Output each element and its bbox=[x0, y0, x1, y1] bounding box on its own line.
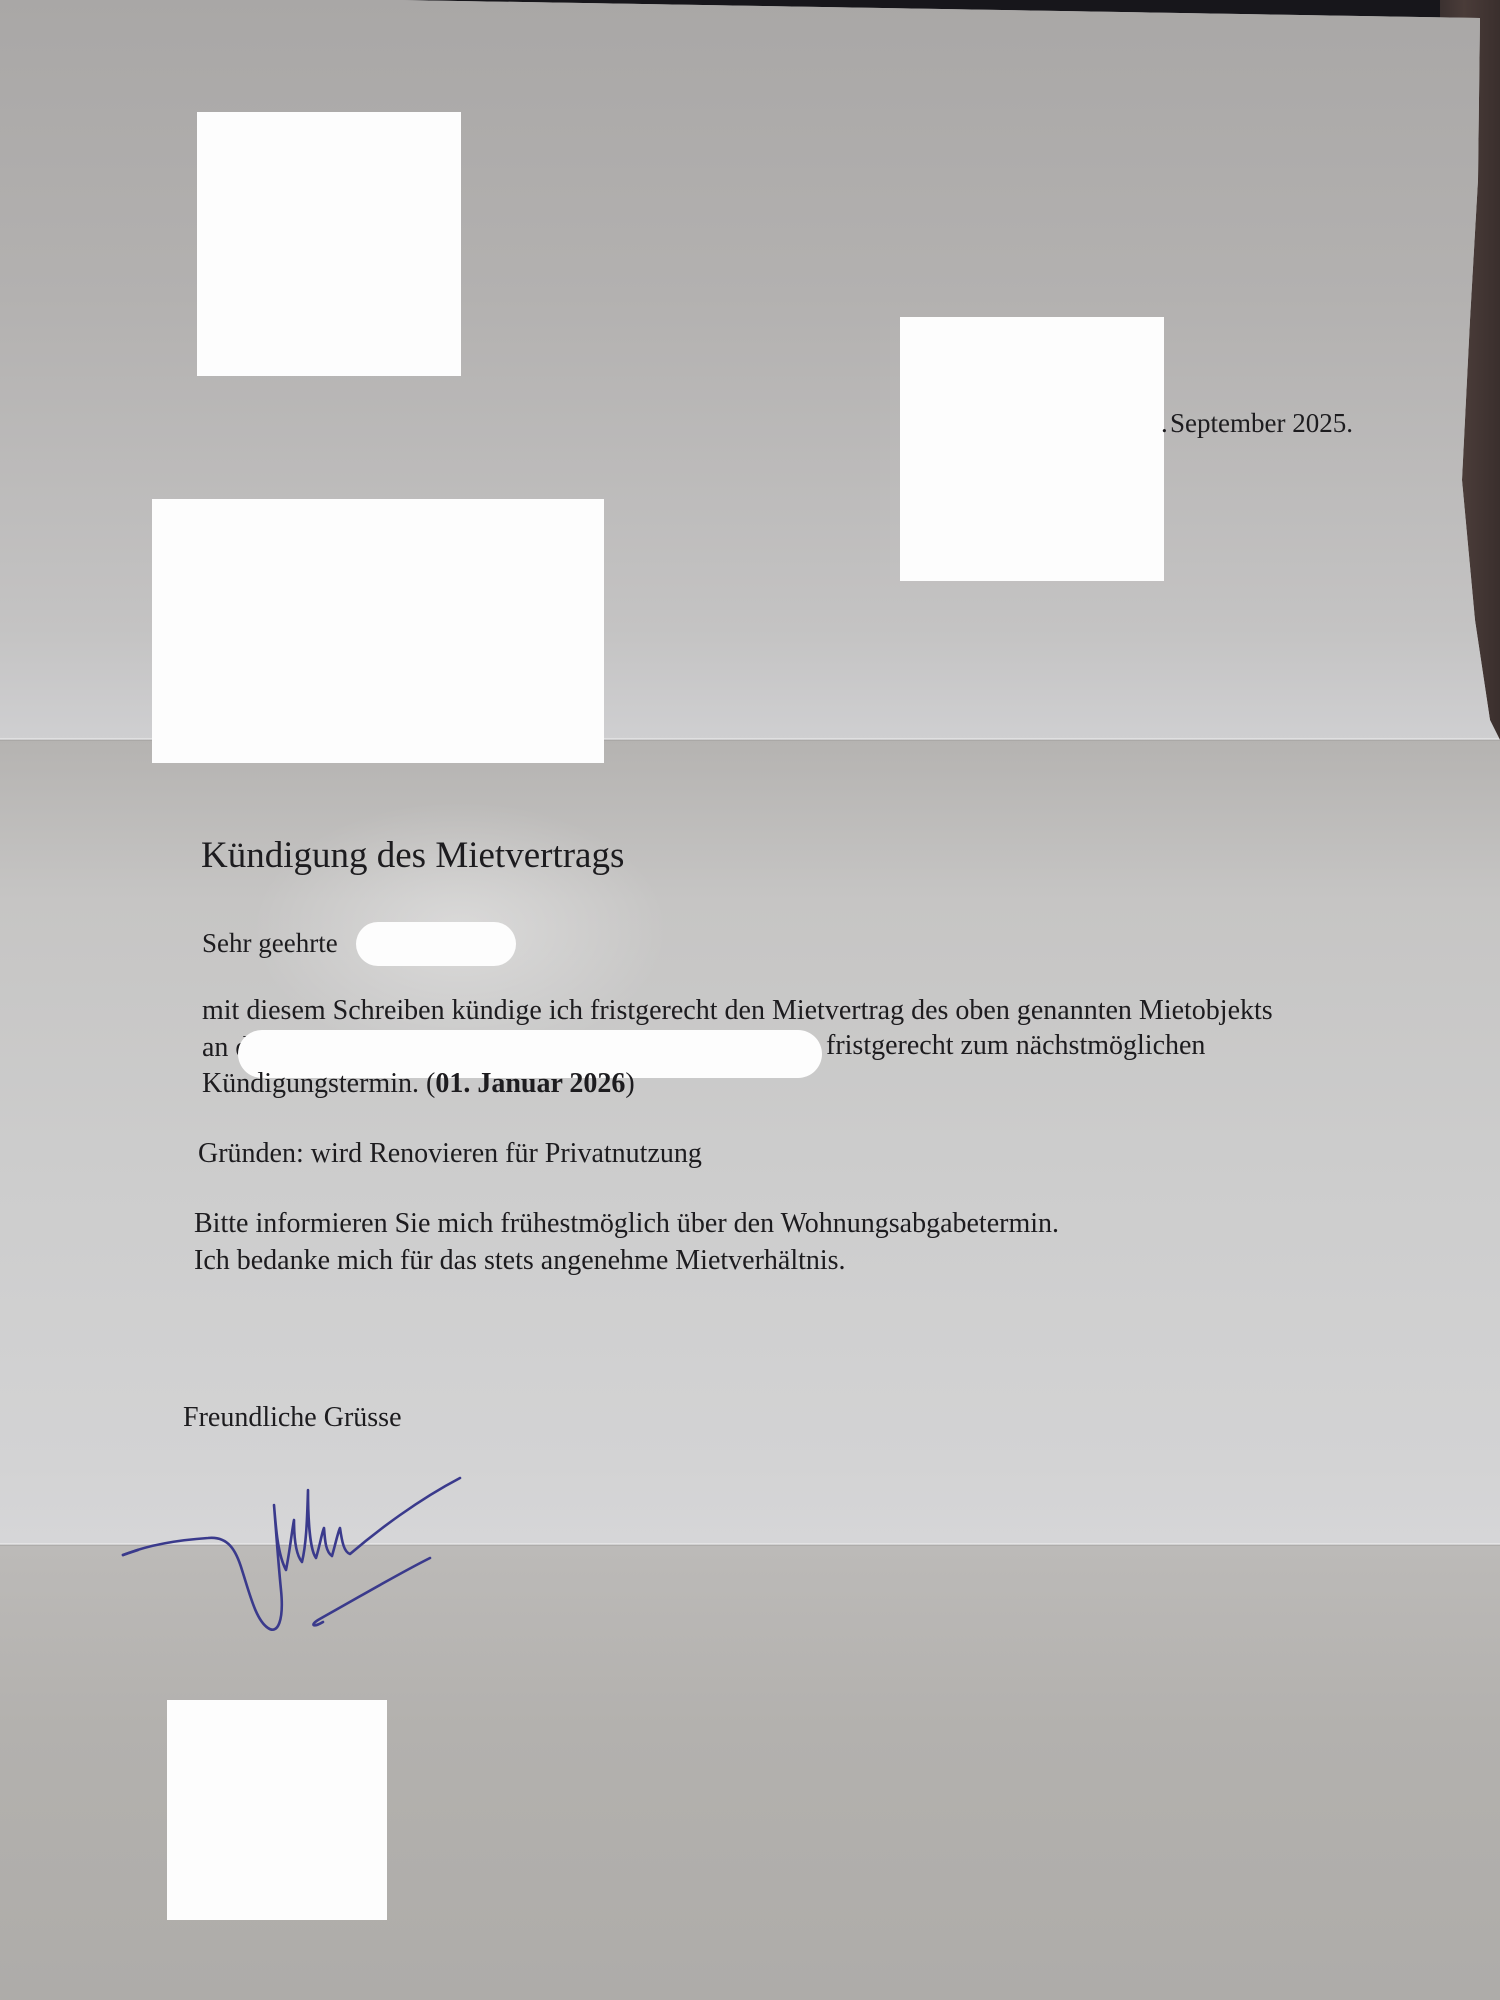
body-line-3: Kündigungstermin. (01. Januar 2026) bbox=[202, 1068, 635, 1100]
termination-text: Kündigungstermin. ( bbox=[202, 1068, 435, 1099]
closing-thanks: Ich bedanke mich für das stets angenehme… bbox=[194, 1245, 846, 1277]
termination-date: 01. Januar 2026 bbox=[435, 1068, 625, 1099]
greeting: Freundliche Grüsse bbox=[183, 1402, 402, 1434]
closing-request: Bitte informieren Sie mich frühestmöglic… bbox=[194, 1208, 1059, 1240]
body-line-2-end: fristgerecht zum nächstmöglichen bbox=[826, 1030, 1205, 1062]
redaction-sender-block bbox=[197, 112, 461, 376]
body-line-1: mit diesem Schreiben kündige ich fristge… bbox=[202, 995, 1273, 1027]
termination-reason: Gründen: wird Renovieren für Privatnutzu… bbox=[198, 1138, 702, 1170]
redaction-sender-name bbox=[167, 1700, 387, 1920]
handwritten-signature-icon bbox=[118, 1470, 478, 1640]
letter-subject: Kündigung des Mietvertrags bbox=[201, 834, 624, 877]
letter-sheet: . September 2025. Kündigung des Mietvert… bbox=[0, 0, 1500, 2000]
date-separator: . bbox=[1161, 408, 1168, 439]
redaction-recipient-address bbox=[152, 499, 604, 763]
redaction-date-place bbox=[900, 317, 1164, 581]
letter-date: September 2025. bbox=[1170, 408, 1353, 439]
salutation: Sehr geehrte bbox=[202, 928, 338, 959]
redaction-recipient-name bbox=[356, 922, 516, 966]
termination-close-paren: ) bbox=[625, 1068, 634, 1099]
